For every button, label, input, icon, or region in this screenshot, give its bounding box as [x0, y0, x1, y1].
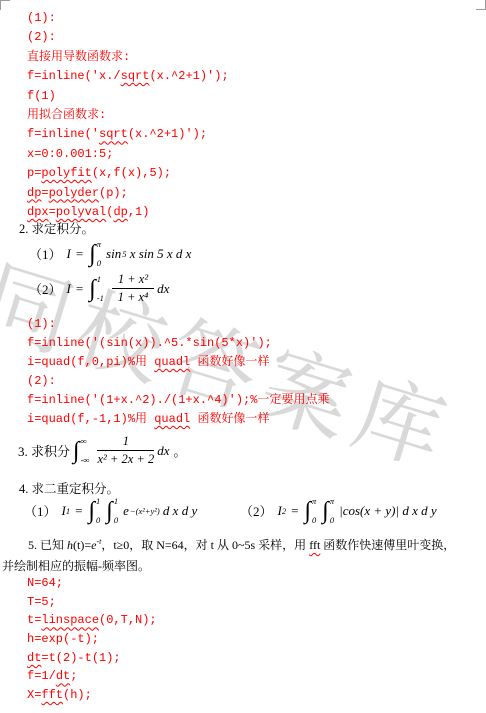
spellcheck-flagged-token: dpx: [27, 205, 49, 219]
formula-2-1: （1） I = ∫ π0 sin5 x sin 5 x d x: [29, 240, 191, 267]
integral-lower-limit: -∞: [81, 456, 90, 465]
code-line: f(1): [27, 87, 229, 106]
text-segment: f=inline('x./: [27, 69, 121, 83]
text-boundary-mark-top-left-icon: [0, 0, 10, 10]
text-segment: (0,T,N);: [99, 613, 157, 627]
text-segment: ，t≥0，取 N=64，对 t 从 0~5s 采样，用: [101, 538, 309, 552]
spellcheck-flagged-token: dp: [27, 186, 41, 200]
text-segment: f=1/: [27, 669, 56, 683]
integral-sign: ∫: [73, 439, 80, 463]
integral-sign: ∫: [322, 499, 329, 523]
integral-lower-limit: -1: [97, 294, 104, 303]
text-segment: =: [49, 205, 56, 219]
text-segment: (x.^2+1)');: [128, 127, 207, 141]
spellcheck-flagged-token: dt: [27, 651, 41, 665]
text-segment: i=quad(f,0,pi)%用: [27, 355, 154, 369]
equals-sign: =: [75, 503, 82, 519]
code-block-problem5: N=64;T=5;t=linspace(0,T,N);h=exp(-t);dt=…: [27, 574, 157, 705]
text-segment: (1):: [27, 11, 56, 25]
integral: ∫ π0: [322, 497, 338, 524]
code-line: 用拟合函数求:: [27, 106, 229, 125]
code-line: 直接用导数函数求:: [27, 48, 229, 67]
code-line: (1):: [27, 315, 329, 334]
text-boundary-mark-top-right-icon: [476, 0, 486, 10]
spellcheck-flagged-token: dp: [113, 205, 127, 219]
code-line: f=inline('(1+x.^2)./(1+x.^4)');%一定要用点乘: [27, 391, 329, 410]
formula-lhs: I: [67, 246, 71, 262]
text-segment: 直接用导数函数求:: [27, 50, 130, 64]
text-segment: p=: [27, 166, 41, 180]
code-line: f=inline('(sin(x)).^5.*sin(5*x)');: [27, 334, 329, 353]
integral-sign: ∫: [89, 277, 96, 301]
formula-body: |cos(x + y)| d x d y: [339, 503, 437, 519]
formula-body: d x d y: [160, 503, 198, 519]
code-line: f=inline('x./sqrt(x.^2+1)');: [27, 67, 229, 86]
formula-2-2: （2） I = ∫ 1-1 1 + x² 1 + x⁴ dx: [29, 272, 169, 305]
text-segment: (t)=: [73, 538, 91, 552]
code-line: t=linspace(0,T,N);: [27, 611, 157, 630]
text-segment: 5. 已知: [28, 538, 67, 552]
text-segment: (p);: [99, 186, 128, 200]
integral-upper-limit: 1: [96, 497, 100, 506]
formula-4-2: （2） I2 = ∫ π0 ∫ π0 |cos(x + y)| d x d y: [240, 497, 437, 524]
spellcheck-flagged-token: sqrt: [99, 127, 128, 141]
integral-sign: ∫: [304, 499, 311, 523]
code-line: i=quad(f,0,pi)%用 quadl 函数好像一样: [27, 353, 329, 372]
text-segment: =t(2)-t(1);: [41, 651, 120, 665]
code-line: h=exp(-t);: [27, 630, 157, 649]
code-line: f=inline('sqrt(x.^2+1)');: [27, 125, 229, 144]
text-segment: N=64;: [27, 576, 63, 590]
formula-label: （1）: [29, 244, 62, 263]
document-page: 同校答案库 (1):(2):直接用导数函数求:f=inline('x./sqrt…: [0, 0, 486, 713]
integral-lower-limit: 0: [96, 516, 100, 525]
formula-label: （2）: [240, 501, 273, 520]
integral: ∫ 1-1: [89, 275, 108, 302]
equals-sign: =: [76, 246, 83, 262]
code-line: p=polyfit(x,f(x),5);: [27, 164, 229, 183]
problem3-heading-formula: 3. 求积分 ∫ ∞-∞ 1 x² + 2x + 2 dx 。: [18, 434, 187, 467]
text-segment: f=inline('(sin(x)).^5.*sin(5*x)');: [27, 336, 272, 350]
equals-sign: =: [291, 503, 298, 519]
code-line: f=1/dt;: [27, 667, 157, 686]
fraction-denominator: 1 + x⁴: [112, 289, 154, 305]
integral-upper-limit: 1: [97, 275, 104, 284]
text-segment: =: [41, 186, 48, 200]
formula-lhs: I: [67, 281, 71, 297]
code-line: N=64;: [27, 574, 157, 593]
integral-sign: ∫: [106, 499, 113, 523]
spellcheck-flagged-token: sqrt: [121, 69, 150, 83]
text-segment: ;: [70, 669, 77, 683]
text-segment: 用拟合函数求:: [27, 108, 106, 122]
fraction: 1 x² + 2x + 2: [97, 434, 154, 467]
text-segment: 函数好像一样: [190, 355, 269, 369]
differential: dx: [157, 281, 169, 297]
differential: dx: [157, 443, 169, 459]
integral-lower-limit: 0: [330, 516, 334, 525]
code-line: T=5;: [27, 593, 157, 612]
subscript: 2: [282, 506, 286, 516]
fraction: 1 + x² 1 + x⁴: [112, 272, 154, 305]
code-block-problem2: (1):f=inline('(sin(x)).^5.*sin(5*x)');i=…: [27, 315, 329, 429]
text-segment: i=quad(f,-1,1)%用: [27, 412, 154, 426]
integral-upper-limit: π: [97, 240, 101, 249]
spellcheck-flagged-token: linspace: [41, 613, 99, 627]
text-segment: f=inline('(1+x.^2)./(1+x.^4)');%一定要用点乘: [27, 393, 329, 407]
text-segment: h=exp(-t);: [27, 632, 99, 646]
code-line: i=quad(f,-1,1)%用 quadl 函数好像一样: [27, 410, 329, 429]
fraction-numerator: 1 + x²: [112, 272, 154, 289]
formula-body: sin: [106, 246, 121, 262]
sentence-end: 。: [173, 441, 186, 460]
spellcheck-flagged-token: quadl: [154, 355, 190, 369]
problem3-label: 3. 求积分: [18, 441, 70, 460]
code-line: (2):: [27, 372, 329, 391]
integral: ∫ π0: [304, 497, 320, 524]
text-segment: (1):: [27, 317, 56, 331]
text-segment: 函数作快速傅里叶变换，: [320, 538, 455, 552]
text-segment: x=0:0.001:5;: [27, 147, 113, 161]
integral: ∫ 10: [88, 497, 104, 524]
text-segment: 函数好像一样: [190, 412, 269, 426]
code-line: X=fft(h);: [27, 686, 157, 705]
text-segment: (x.^2+1)');: [149, 69, 228, 83]
integral-lower-limit: 0: [97, 259, 101, 268]
text-segment: (h);: [63, 688, 92, 702]
text-segment: T=5;: [27, 595, 56, 609]
integral: ∫ 10: [106, 497, 122, 524]
spellcheck-flagged-token: quadl: [154, 412, 190, 426]
integral-upper-limit: 1: [114, 497, 118, 506]
code-block-problem1: (1):(2):直接用导数函数求:f=inline('x./sqrt(x.^2+…: [27, 9, 229, 222]
spellcheck-flagged-token: polyval: [56, 205, 106, 219]
code-line: x=0:0.001:5;: [27, 145, 229, 164]
code-line: (1):: [27, 9, 229, 28]
integral: ∫ π0: [89, 240, 105, 267]
code-line: dt=t(2)-t(1);: [27, 649, 157, 668]
equals-sign: =: [76, 281, 83, 297]
integral: ∫ ∞-∞: [73, 437, 93, 464]
problem5-paragraph: 5. 已知 h(t)=e-t，t≥0，取 N=64，对 t 从 0~5s 采样，…: [2, 531, 485, 577]
spellcheck-flagged-token: polyfit: [41, 166, 91, 180]
formula-label: （1）: [24, 501, 57, 520]
text-segment: (2):: [27, 30, 56, 44]
spellcheck-flagged-token: polyder: [49, 186, 99, 200]
problem5-line1: 5. 已知 h(t)=e-t，t≥0，取 N=64，对 t 从 0~5s 采样，…: [2, 531, 485, 556]
code-line: (2):: [27, 28, 229, 47]
text-segment: f=inline(': [27, 127, 99, 141]
subscript: 1: [66, 506, 70, 516]
exponent: −(x²+y²): [130, 506, 160, 516]
text-segment: ,1): [128, 205, 150, 219]
problem2-heading: 2. 求定积分。: [19, 219, 94, 237]
text-segment: f(1): [27, 89, 56, 103]
code-line: dp=polyder(p);: [27, 184, 229, 203]
text-segment: (2):: [27, 374, 56, 388]
formula-label: （2）: [29, 279, 62, 298]
formula-4-1: （1） I1 = ∫ 10 ∫ 10 e−(x²+y²) d x d y: [24, 497, 197, 524]
spellcheck-flagged-token: fft: [41, 688, 63, 702]
fraction-denominator: x² + 2x + 2: [97, 451, 154, 467]
integral-sign: ∫: [89, 242, 96, 266]
integral-sign: ∫: [88, 499, 95, 523]
spellcheck-flagged-token: dt: [56, 669, 70, 683]
text-segment: t=: [27, 613, 41, 627]
problem4-heading: 4. 求二重定积分。: [19, 479, 119, 497]
spellcheck-flagged-token: fft: [309, 538, 320, 552]
fraction-numerator: 1: [97, 434, 154, 451]
integral-lower-limit: 0: [114, 516, 118, 525]
text-segment: X=: [27, 688, 41, 702]
integral-upper-limit: π: [312, 497, 316, 506]
text-segment: (x,f(x),5);: [92, 166, 171, 180]
formula-body: e: [123, 503, 129, 519]
integral-upper-limit: π: [330, 497, 334, 506]
formula-body: x sin 5 x d x: [126, 246, 191, 262]
integral-upper-limit: ∞: [81, 437, 90, 446]
integral-lower-limit: 0: [312, 516, 316, 525]
